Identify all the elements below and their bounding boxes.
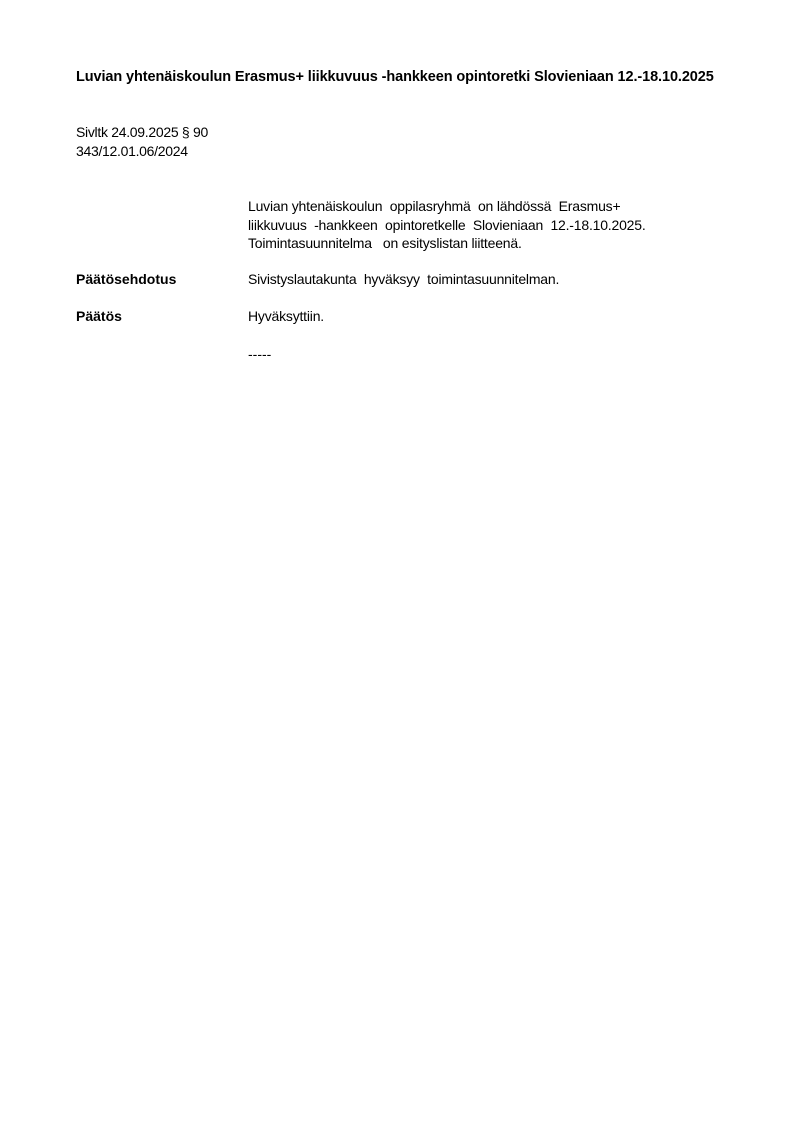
meeting-reference: Sivltk 24.09.2025 § 90	[76, 123, 208, 142]
intro-paragraph: Luvian yhtenäiskoulun oppilasryhmä on lä…	[248, 197, 728, 253]
intro-line: Luvian yhtenäiskoulun oppilasryhmä on lä…	[248, 197, 728, 216]
end-mark: -----	[248, 345, 271, 363]
document-title: Luvian yhtenäiskoulun Erasmus+ liikkuvuu…	[76, 68, 726, 86]
intro-line: Toimintasuunnitelma on esityslistan liit…	[248, 234, 728, 253]
decision-text: Hyväksyttiin.	[248, 307, 324, 325]
proposal-label: Päätösehdotus	[76, 270, 176, 288]
record-number: 343/12.01.06/2024	[76, 142, 208, 161]
document-meta: Sivltk 24.09.2025 § 90 343/12.01.06/2024	[76, 123, 208, 161]
decision-label: Päätös	[76, 307, 122, 325]
intro-line: liikkuvuus -hankkeen opintoretkelle Slov…	[248, 216, 728, 235]
proposal-text: Sivistyslautakunta hyväksyy toimintasuun…	[248, 270, 559, 288]
document-page: Luvian yhtenäiskoulun Erasmus+ liikkuvuu…	[0, 0, 794, 1122]
